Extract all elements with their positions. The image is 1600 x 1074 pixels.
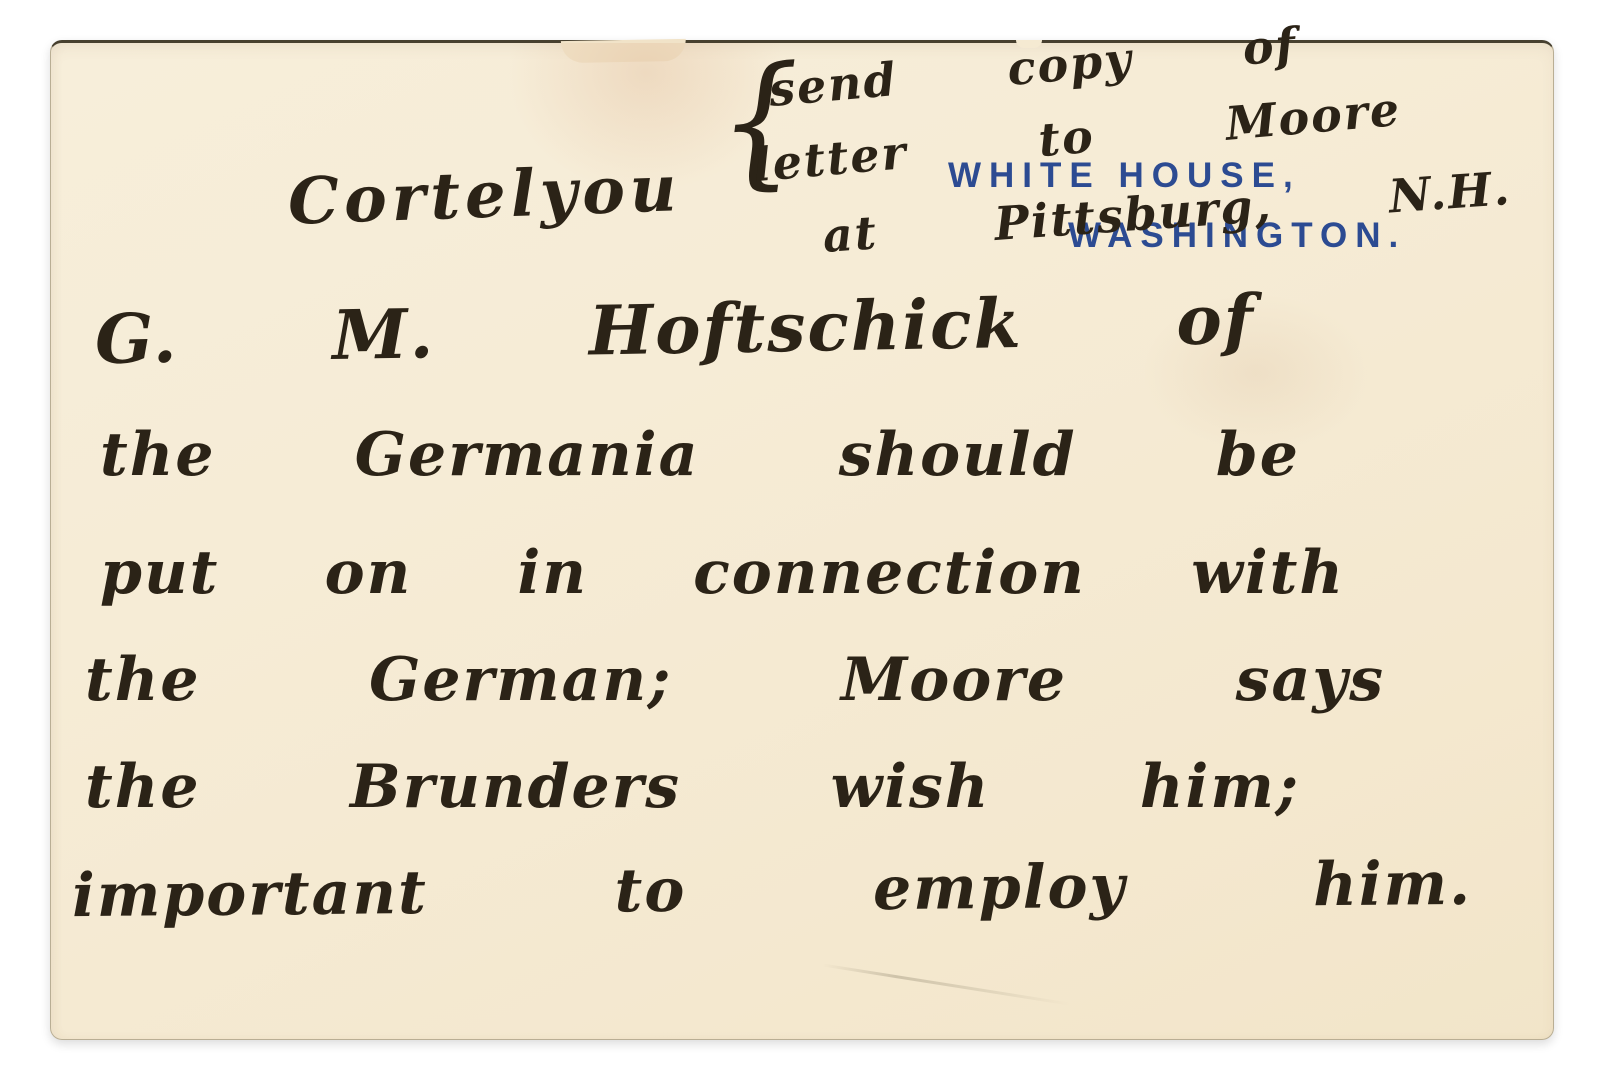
body-line-2: the Germania should be [100,420,1300,490]
body-line-5: the Brunders wish him; [85,752,1300,822]
handwritten-addressee: Cortelyou [287,151,683,240]
paper-crease [822,963,1069,1005]
body-line-4: the German; Moore says [85,645,1385,715]
body-line-3: put on in connection with [100,538,1345,608]
body-line-6: important to employ him. [72,849,1473,931]
scanned-document: WHITE HOUSE, WASHINGTON. Cortelyou { sen… [0,0,1600,1074]
